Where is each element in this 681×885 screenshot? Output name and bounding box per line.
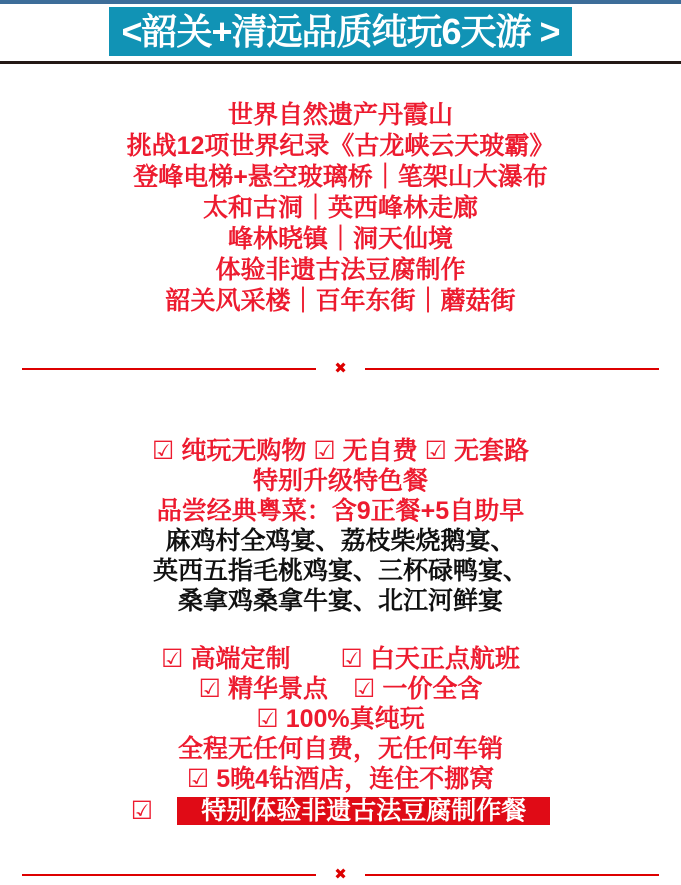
promo-line: 品尝经典粤菜：含9正餐+5自助早 <box>0 496 681 526</box>
highlights-section: 世界自然遗产丹霞山 挑战12项世界纪录《古龙峡云天玻霸》 登峰电梯+悬空玻璃桥｜… <box>0 100 681 317</box>
highlight-line: 挑战12项世界纪录《古龙峡云天玻霸》 <box>0 131 681 162</box>
top-accent-bar <box>0 0 681 4</box>
section-divider-bottom: ✖ <box>22 867 659 882</box>
highlight-line: 韶关风采楼｜百年东街｜蘑菇街 <box>0 286 681 317</box>
highlight-line: 太和古洞｜英西峰林走廊 <box>0 193 681 224</box>
highlight-line: 世界自然遗产丹霞山 <box>0 100 681 131</box>
divider-ornament-icon: ✖ <box>316 867 365 882</box>
promo-line: ☑ 纯玩无购物 ☑ 无自费 ☑ 无套路 <box>0 436 681 466</box>
service-line: ☑ 精华景点 ☑ 一价全含 <box>0 674 681 704</box>
header: <韶关+清远品质纯玩6天游 > <box>0 7 681 56</box>
special-meal-row: ☑ 特别体验非遗古法豆腐制作餐 <box>0 796 681 826</box>
highlight-line: 峰林晓镇｜洞天仙境 <box>0 224 681 255</box>
divider-ornament-icon: ✖ <box>316 361 365 376</box>
page-title: <韶关+清远品质纯玩6天游 > <box>109 7 571 56</box>
checkbox-icon: ☑ <box>131 796 153 826</box>
highlight-line: 体验非遗古法豆腐制作 <box>0 255 681 286</box>
divider-line <box>365 368 659 370</box>
divider-line <box>22 368 316 370</box>
services-section: ☑ 高端定制 ☑ 白天正点航班 ☑ 精华景点 ☑ 一价全含 ☑ 100%真纯玩 … <box>0 644 681 826</box>
features-section: ☑ 纯玩无购物 ☑ 无自费 ☑ 无套路 特别升级特色餐 品尝经典粤菜：含9正餐+… <box>0 436 681 826</box>
special-meal-badge: 特别体验非遗古法豆腐制作餐 <box>177 797 550 825</box>
service-line: ☑ 高端定制 ☑ 白天正点航班 <box>0 644 681 674</box>
menu-line: 英西五指毛桃鸡宴、三杯碌鸭宴、 <box>0 556 681 586</box>
highlight-line: 登峰电梯+悬空玻璃桥｜笔架山大瀑布 <box>0 162 681 193</box>
menu-line: 桑拿鸡桑拿牛宴、北江河鲜宴 <box>0 586 681 616</box>
menu-line: 麻鸡村全鸡宴、荔枝柴烧鹅宴、 <box>0 526 681 556</box>
service-line: 全程无任何自费，无任何车销 <box>0 734 681 764</box>
promo-line: 特别升级特色餐 <box>0 466 681 496</box>
section-divider-top: ✖ <box>22 361 659 376</box>
service-line: ☑ 5晚4钻酒店，连住不挪窝 <box>0 764 681 794</box>
divider-line <box>22 874 316 876</box>
divider-line <box>365 874 659 876</box>
header-rule <box>0 61 681 64</box>
service-line: ☑ 100%真纯玩 <box>0 704 681 734</box>
